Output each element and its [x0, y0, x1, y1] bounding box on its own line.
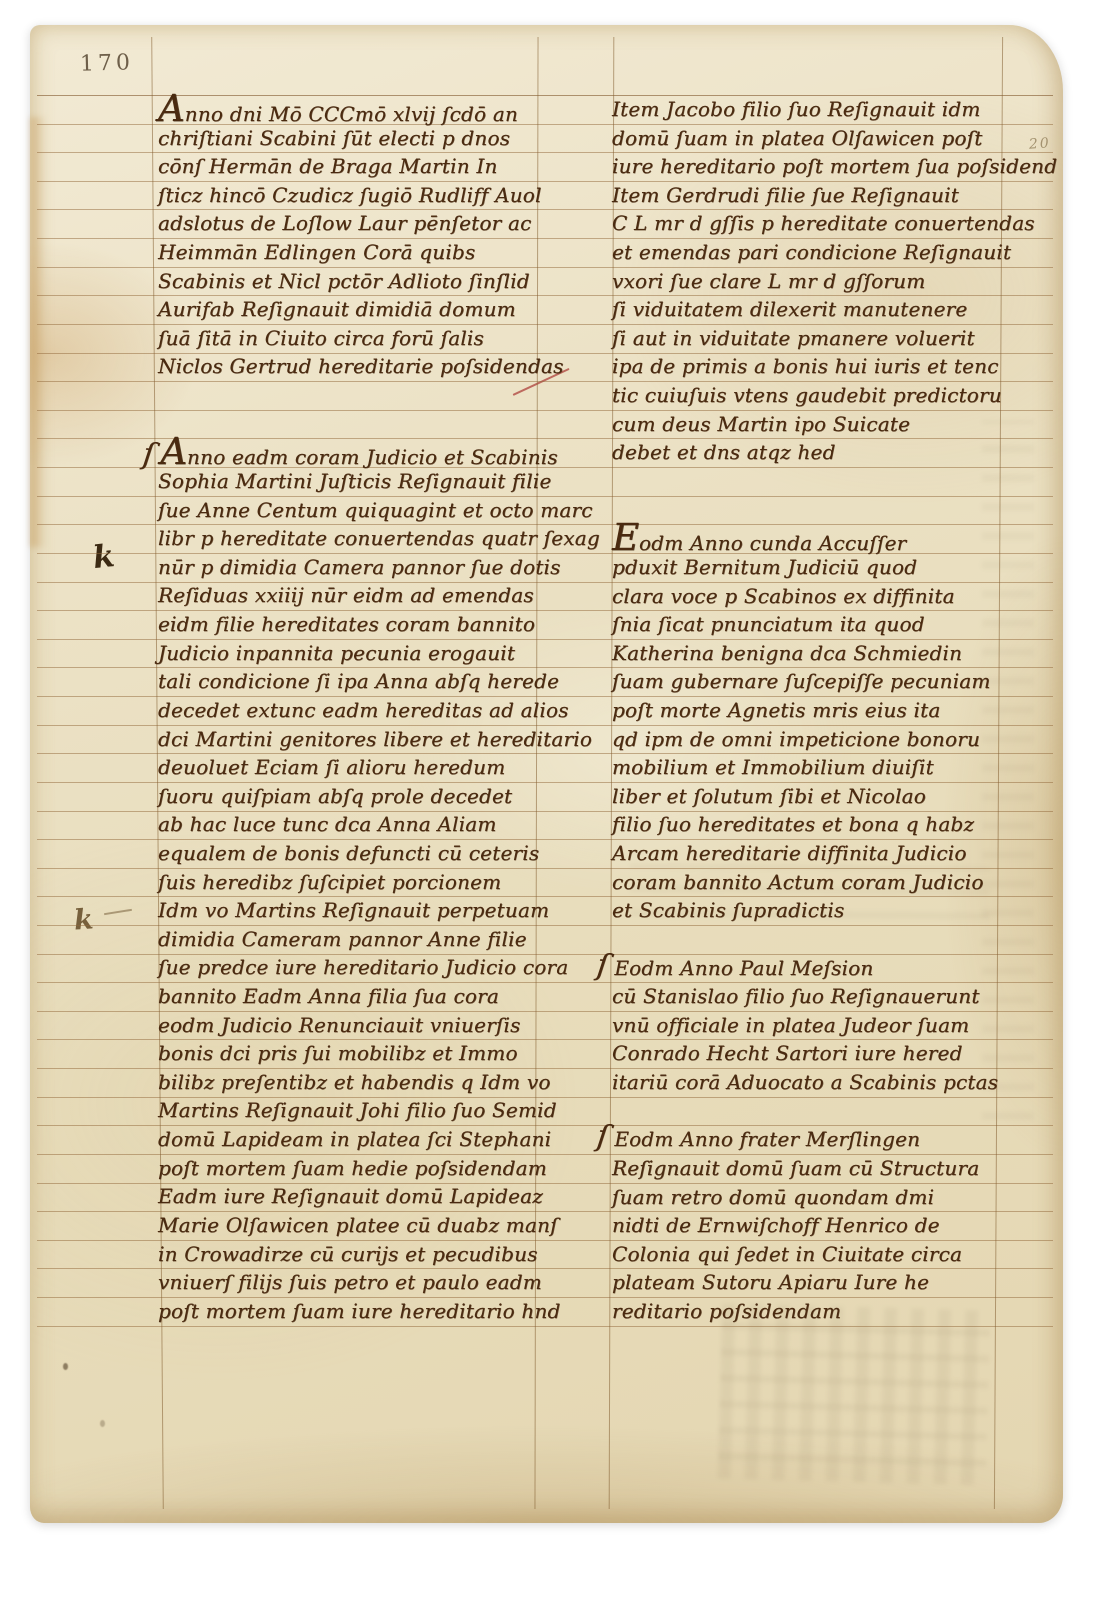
- manuscript-line: clara voce p Scabinos ex diffinita: [612, 582, 1010, 611]
- text-column-right: Item Jacobo filio ſuo Reſignauit idmdomū…: [612, 25, 1010, 1523]
- manuscript-line: cōnſ Hermān de Braga Martin In: [158, 152, 546, 181]
- manuscript-line: equalem de bonis defuncti cū ceteris: [158, 839, 546, 868]
- manuscript-line: domū Lapideam in platea ſci Stephani: [158, 1125, 546, 1154]
- manuscript-line: tali condicione ſi ipa Anna abſq herede: [158, 667, 546, 696]
- manuscript-line: Aurifab Reſignauit dimidiā domum: [158, 295, 546, 324]
- manuscript-line: in Crowadirze cū curijs et pecudibus: [158, 1240, 546, 1269]
- manuscript-line: cum deus Martin ipo Suicate: [612, 410, 1010, 439]
- manuscript-line: ſEodm Anno Paul Meſsion: [612, 954, 1010, 983]
- manuscript-line: decedet extunc eadm hereditas ad alios: [158, 696, 546, 725]
- manuscript-line: dci Martini genitores libere et heredita…: [158, 725, 546, 754]
- manuscript-line: Arcam hereditarie diffinita Judicio: [612, 839, 1010, 868]
- manuscript-line: ſuam gubernare ſuſcepiſſe pecuniam: [612, 667, 1010, 696]
- manuscript-line: ſuā ſitā in Ciuito circa forū ſalis: [158, 324, 546, 353]
- manuscript-line: liber et ſolutum ſibi et Nicolao: [612, 782, 1010, 811]
- paragraph: Eodm Anno cunda Accuſſerpduxit Bernitum …: [612, 524, 1010, 925]
- manuscript-line: Reſignauit domū ſuam cū Structura: [612, 1154, 1010, 1183]
- manuscript-line: poſt mortem ſuam hedie poſsidendam: [158, 1154, 546, 1183]
- margin-mark-lower: k: [73, 902, 95, 936]
- manuscript-line: Niclos Gertrud hereditarie poſsidendas: [158, 352, 546, 381]
- manuscript-line: bonis dci pris ſui mobilibz et Immo: [158, 1039, 546, 1068]
- paragraph-mark: ſ: [596, 1127, 610, 1148]
- manuscript-line: ſi viduitatem dilexerit manutenere: [612, 295, 1010, 324]
- manuscript-line: ſi aut in viduitate pmanere voluerit: [612, 324, 1010, 353]
- manuscript-line: Item Jacobo filio ſuo Reſignauit idm: [612, 95, 1010, 124]
- paragraph: ſEodm Anno Paul Meſsioncū Stanislao fili…: [612, 954, 1010, 1097]
- manuscript-line: cū Stanislao filio ſuo Reſignauerunt: [612, 982, 1010, 1011]
- manuscript-line: mobilium et Immobilium diuiſit: [612, 753, 1010, 782]
- manuscript-line: bilibz preſentibz et habendis q Idm vo: [158, 1068, 546, 1097]
- manuscript-line: Judicio inpannita pecunia erogauit: [158, 639, 546, 668]
- manuscript-line: ſue predce iure hereditario Judicio cora: [158, 953, 546, 982]
- manuscript-line: ab hac luce tunc dca Anna Aliam: [158, 810, 546, 839]
- manuscript-line: vxori ſue clare L mr d gſſorum: [612, 267, 1010, 296]
- manuscript-line: bannito Eadm Anna filia ſua cora: [158, 982, 546, 1011]
- manuscript-line: vniuerſ filijs ſuis petro et paulo eadm: [158, 1268, 546, 1297]
- manuscript-line: C L mr d gſſis p hereditate conuertendas: [612, 209, 1010, 238]
- manuscript-line: pduxit Bernitum Judiciū quod: [612, 553, 1010, 582]
- manuscript-line: ſAnno eadm coram Judicio et Scabinis: [158, 438, 546, 467]
- manuscript-line: et emendas pari condicione Reſignauit: [612, 238, 1010, 267]
- margin-mark-upper: k: [91, 538, 116, 576]
- manuscript-line: Item Gerdrudi filie ſue Reſignauit: [612, 181, 1010, 210]
- manuscript-line: Sophia Martini Juſticis Reſignauit filie: [158, 467, 546, 496]
- manuscript-line: nūr p dimidia Camera pannor ſue dotis: [158, 553, 546, 582]
- manuscript-page: 170 k k 20 Anno dni Mō CCCmō xlvij ſcdō …: [30, 25, 1063, 1523]
- manuscript-line: filio ſuo hereditates et bona q habz: [612, 810, 1010, 839]
- manuscript-line: ſuoru quiſpiam abſq prole decedet: [158, 782, 546, 811]
- manuscript-line: poſt morte Agnetis mris eius ita: [612, 696, 1010, 725]
- manuscript-line: vnū officiale in platea Judeor ſuam: [612, 1011, 1010, 1040]
- manuscript-line: plateam Sutoru Apiaru Iure he: [612, 1268, 1010, 1297]
- manuscript-photo: 170 k k 20 Anno dni Mō CCCmō xlvij ſcdō …: [0, 0, 1093, 1599]
- paragraph: ſEodm Anno frater MerſlingenReſignauit d…: [612, 1125, 1010, 1325]
- manuscript-line: Reſiduas xxiiij nūr eidm ad emendas: [158, 581, 546, 610]
- folio-number: 170: [80, 50, 135, 76]
- paragraph-mark: ſ: [142, 445, 156, 466]
- manuscript-line: tic cuiuſuis vtens gaudebit predictoru: [612, 381, 1010, 410]
- manuscript-line: debet et dns atqz hed: [612, 438, 1010, 467]
- parchment-speck: [100, 1420, 105, 1427]
- manuscript-line: Marie Olſawicen platee cū duabz manſ: [158, 1211, 546, 1240]
- manuscript-line: et Scabinis ſupradictis: [612, 896, 1010, 925]
- manuscript-line: ipa de primis a bonis hui iuris et tenc: [612, 352, 1010, 381]
- manuscript-line: domū ſuam in platea Olſawicen poſt: [612, 124, 1010, 153]
- manuscript-line: coram bannito Actum coram Judicio: [612, 868, 1010, 897]
- manuscript-line: Eodm Anno cunda Accuſſer: [612, 524, 1010, 553]
- margin-mark-dash: [104, 909, 132, 915]
- manuscript-line: reditario poſsidendam: [612, 1297, 1010, 1326]
- manuscript-line: ſticz hincō Czudicz ſugiō Rudliff Auol: [158, 181, 546, 210]
- manuscript-line: Katherina benigna dca Schmiedin: [612, 639, 1010, 668]
- paragraph: ſAnno eadm coram Judicio et ScabinisSoph…: [158, 438, 546, 1325]
- manuscript-line: deuoluet Eciam ſi alioru heredum: [158, 753, 546, 782]
- manuscript-line: chriſtiani Scabini ſūt electi p dnos: [158, 124, 546, 153]
- manuscript-line: adslotus de Loſlow Laur pēnſetor ac: [158, 209, 546, 238]
- margin-annotation: 20: [1028, 135, 1051, 152]
- manuscript-line: ſuis heredibz ſuſcipiet porcionem: [158, 868, 546, 897]
- manuscript-line: Idm vo Martins Reſignauit perpetuam: [158, 896, 546, 925]
- manuscript-line: libr p hereditate conuertendas quatr ſex…: [158, 524, 546, 553]
- manuscript-line: itariū corā Aduocato a Scabinis pctas: [612, 1068, 1010, 1097]
- text-column-left: Anno dni Mō CCCmō xlvij ſcdō anchriſtian…: [158, 25, 546, 1523]
- paragraph-mark: ſ: [596, 955, 610, 976]
- manuscript-line: poſt mortem ſuam iure hereditario hnd: [158, 1297, 546, 1326]
- manuscript-line: Colonia qui ſedet in Ciuitate circa: [612, 1240, 1010, 1269]
- manuscript-line: Martins Reſignauit Johi filio ſuo Semid: [158, 1096, 546, 1125]
- manuscript-line: iure hereditario poſt mortem ſua poſside…: [612, 152, 1010, 181]
- manuscript-line: Anno dni Mō CCCmō xlvij ſcdō an: [158, 95, 546, 124]
- manuscript-line: ſEodm Anno frater Merſlingen: [612, 1125, 1010, 1154]
- manuscript-line: ſue Anne Centum quiquagint et octo marc: [158, 496, 546, 525]
- manuscript-line: eidm filie hereditates coram bannito: [158, 610, 546, 639]
- manuscript-line: Conrado Hecht Sartori iure hered: [612, 1039, 1010, 1068]
- manuscript-line: eodm Judicio Renunciauit vniuerſis: [158, 1011, 546, 1040]
- manuscript-line: Heimmān Edlingen Corā quibs: [158, 238, 546, 267]
- paragraph: Anno dni Mō CCCmō xlvij ſcdō anchriſtian…: [158, 95, 546, 381]
- manuscript-line: ſnia ſicat pnunciatum ita quod: [612, 610, 1010, 639]
- manuscript-line: nidti de Ernwiſchoff Henrico de: [612, 1211, 1010, 1240]
- manuscript-line: Scabinis et Nicl pctōr Adlioto ſinſlid: [158, 267, 546, 296]
- manuscript-line: qd ipm de omni impeticione bonoru: [612, 725, 1010, 754]
- manuscript-line: Eadm iure Reſignauit domū Lapideaz: [158, 1182, 546, 1211]
- manuscript-line: dimidia Cameram pannor Anne filie: [158, 925, 546, 954]
- parchment-speck: [63, 1363, 68, 1370]
- paragraph: Item Jacobo filio ſuo Reſignauit idmdomū…: [612, 95, 1010, 467]
- manuscript-line: ſuam retro domū quondam dmi: [612, 1183, 1010, 1212]
